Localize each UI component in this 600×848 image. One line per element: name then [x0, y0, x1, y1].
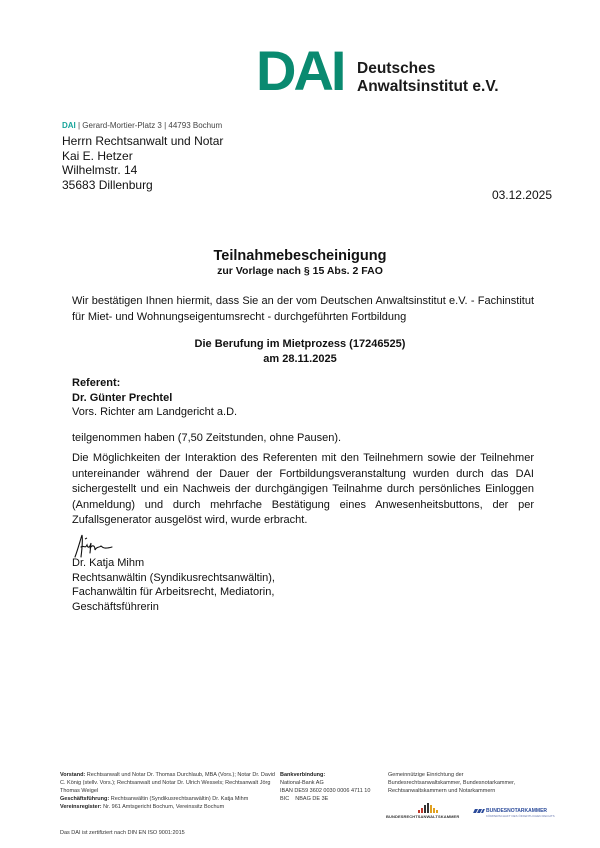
- bnotk-sublabel: KÖRPERSCHAFT DES ÖFFENTLICHEN RECHTS: [486, 814, 555, 818]
- signer-block: Dr. Katja Mihm Rechtsanwältin (Syndikusr…: [72, 556, 275, 614]
- participation-statement: teilgenommen haben (7,50 Zeitstunden, oh…: [72, 432, 341, 444]
- recipient-line: Kai E. Hetzer: [62, 149, 223, 164]
- logo-mark: DAI: [256, 46, 343, 96]
- footer-board-label: Vorstand:: [60, 772, 85, 778]
- signer-role: Geschäftsführerin: [72, 600, 275, 615]
- referent-label: Referent:: [72, 377, 120, 389]
- footer-org-info: Gemeinnützige Einrichtung der Bundesrech…: [388, 771, 568, 795]
- footer-register-text: Nr. 961 Amtsgericht Bochum, Vereinssitz …: [102, 804, 225, 810]
- recipient-line: Wilhelmstr. 14: [62, 163, 223, 178]
- brak-bars-icon: [418, 803, 438, 813]
- recipient-line: 35683 Dillenburg: [62, 178, 223, 193]
- bnotk-logo: BUNDESNOTARKAMMER KÖRPERSCHAFT DES ÖFFEN…: [474, 808, 564, 822]
- brak-logo: BUNDESRECHTSANWALTSKAMMER: [386, 803, 470, 821]
- footer-register-label: Vereinsregister:: [60, 804, 102, 810]
- bnotk-mark-icon: [473, 809, 485, 813]
- footer-bic: BIC NBAG DE 3E: [280, 795, 390, 803]
- footer-iban: IBAN DE59 3602 0030 0006 4711 10: [280, 787, 390, 795]
- signer-name: Dr. Katja Mihm: [72, 556, 275, 571]
- footer-board-info: Vorstand: Rechtsanwalt und Notar Dr. Tho…: [60, 771, 280, 811]
- sender-address: | Gerard-Mortier-Platz 3 | 44793 Bochum: [76, 121, 222, 130]
- footer-management-text: Rechtsanwältin (Syndikusrechtsanwältin) …: [109, 796, 248, 802]
- letter-date: 03.12.2025: [492, 188, 552, 202]
- footer-bank-info: Bankverbindung: National-Bank AG IBAN DE…: [280, 771, 390, 803]
- course-block: Die Berufung im Mietprozess (17246525) a…: [0, 337, 600, 366]
- logo-name-line2: Anwaltsinstitut e.V.: [357, 78, 499, 96]
- footer-bank-name: National-Bank AG: [280, 779, 390, 787]
- recipient-line: Herrn Rechtsanwalt und Notar: [62, 134, 223, 149]
- signer-role: Rechtsanwältin (Syndikusrechtsanwältin),: [72, 571, 275, 586]
- course-name: Die Berufung im Mietprozess (17246525): [0, 337, 600, 352]
- footer-org-line: Gemeinnützige Einrichtung der: [388, 771, 568, 779]
- logo-name-line1: Deutsches: [357, 60, 499, 78]
- interaction-paragraph: Die Möglichkeiten der Interaktion des Re…: [72, 451, 534, 529]
- signer-role: Fachanwältin für Arbeitsrecht, Mediatori…: [72, 585, 275, 600]
- certification-note: Das DAI ist zertifiziert nach DIN EN ISO…: [60, 829, 185, 837]
- sender-brand: DAI: [62, 121, 76, 130]
- footer-management-label: Geschäftsführung:: [60, 796, 109, 802]
- recipient-address: Herrn Rechtsanwalt und Notar Kai E. Hetz…: [62, 134, 223, 192]
- footer-org-line: Bundesrechtsanwaltskammer, Bundesnotarka…: [388, 779, 568, 787]
- logo-wordmark: Deutsches Anwaltsinstitut e.V.: [357, 60, 499, 96]
- referent-block: Referent: Dr. Günter Prechtel Vors. Rich…: [72, 376, 237, 420]
- course-date: am 28.11.2025: [0, 352, 600, 367]
- footer-bank-label: Bankverbindung:: [280, 772, 325, 778]
- sender-line: DAI | Gerard-Mortier-Platz 3 | 44793 Boc…: [62, 121, 222, 130]
- footer-board-text: Rechtsanwalt und Notar Dr. Thomas Durchl…: [60, 772, 275, 794]
- document-title: Teilnahmebescheinigung: [0, 248, 600, 264]
- referent-name: Dr. Günter Prechtel: [72, 392, 172, 404]
- document-subtitle: zur Vorlage nach § 15 Abs. 2 FAO: [0, 265, 600, 277]
- referent-title: Vors. Richter am Landgericht a.D.: [72, 405, 237, 420]
- intro-paragraph: Wir bestätigen Ihnen hiermit, dass Sie a…: [72, 294, 534, 325]
- brak-label: BUNDESRECHTSANWALTSKAMMER: [386, 814, 459, 819]
- footer-org-line: Rechtsanwaltskammern und Notarkammern: [388, 787, 568, 795]
